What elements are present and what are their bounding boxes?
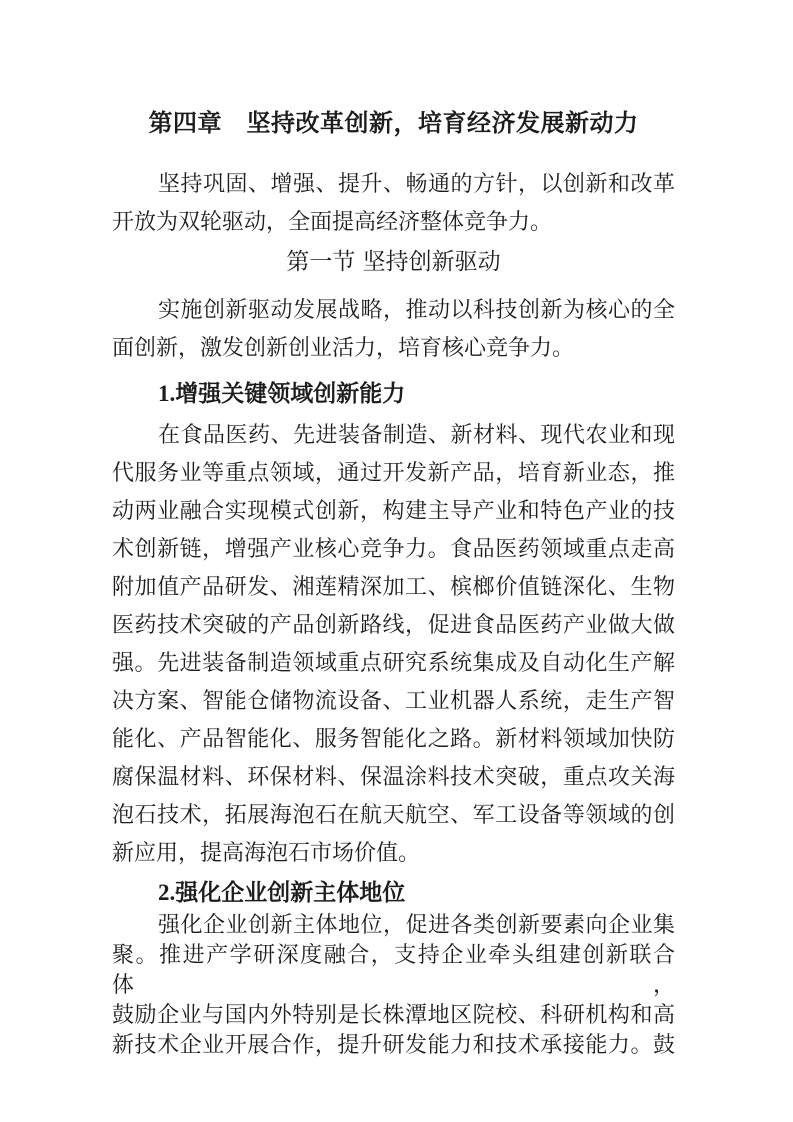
intro-paragraph: 坚持巩固、增强、提升、畅通的方针，以创新和改革开放为双轮驱动，全面提高经济整体竞…: [112, 165, 675, 241]
subsection-1-heading: 1.增强关键领域创新能力: [112, 375, 675, 413]
section-intro-paragraph: 实施创新驱动发展战略，推动以科技创新为核心的全面创新，激发创新创业活力，培育核心…: [112, 291, 675, 367]
section-heading: 第一节 坚持创新驱动: [112, 243, 675, 281]
text-line: 在食品医药、先进装备制造、新材料、现代农业和现: [112, 416, 675, 454]
text-line: 决方案、智能仓储物流设备、工业机器人系统，走生产智: [112, 682, 675, 720]
subsection-1-paragraph: 在食品医药、先进装备制造、新材料、现代农业和现代服务业等重点领域，通过开发新产品…: [112, 416, 675, 872]
text-line: 新技术企业开展合作，提升研发能力和技术承接能力。鼓: [112, 1030, 675, 1060]
text-line: 强。先进装备制造领域重点研究系统集成及自动化生产解: [112, 644, 675, 682]
text-line: 泡石技术，拓展海泡石在航天航空、军工设备等领域的创: [112, 796, 675, 834]
document-page: 第四章 坚持改革创新，培育经济发展新动力 坚持巩固、增强、提升、畅通的方针，以创…: [0, 0, 793, 1122]
text-line: 坚持巩固、增强、提升、畅通的方针，以创新和改革: [112, 165, 675, 203]
text-line: 实施创新驱动发展战略，推动以科技创新为核心的全: [112, 291, 675, 329]
text-line: 术创新链，增强产业核心竞争力。食品医药领域重点走高: [112, 530, 675, 568]
text-line: 能化、产品智能化、服务智能化之路。新材料领域加快防: [112, 720, 675, 758]
text-line: 开放为双轮驱动，全面提高经济整体竞争力。: [112, 203, 675, 241]
text-line: 动两业融合实现模式创新，构建主导产业和特色产业的技: [112, 492, 675, 530]
subsection-2-heading: 2.强化企业创新主体地位: [112, 876, 675, 910]
chapter-title: 第四章 坚持改革创新，培育经济发展新动力: [112, 104, 675, 142]
text-line: 面创新，激发创新创业活力，培育核心竞争力。: [112, 329, 675, 367]
text-line: 代服务业等重点领域，通过开发新产品，培育新业态，推: [112, 454, 675, 492]
text-line: 聚。推进产学研深度融合，支持企业牵头组建创新联合体，: [112, 940, 675, 1000]
text-line: 医药技术突破的产品创新路线，促进食品医药产业做大做: [112, 606, 675, 644]
text-line: 鼓励企业与国内外特别是长株潭地区院校、科研机构和高: [112, 1000, 675, 1030]
text-line: 附加值产品研发、湘莲精深加工、槟榔价值链深化、生物: [112, 568, 675, 606]
text-line: 强化企业创新主体地位，促进各类创新要素向企业集: [112, 910, 675, 940]
text-line: 腐保温材料、环保材料、保温涂料技术突破，重点攻关海: [112, 758, 675, 796]
subsection-2-paragraph: 强化企业创新主体地位，促进各类创新要素向企业集聚。推进产学研深度融合，支持企业牵…: [112, 910, 675, 1060]
text-line: 新应用，提高海泡石市场价值。: [112, 834, 675, 872]
